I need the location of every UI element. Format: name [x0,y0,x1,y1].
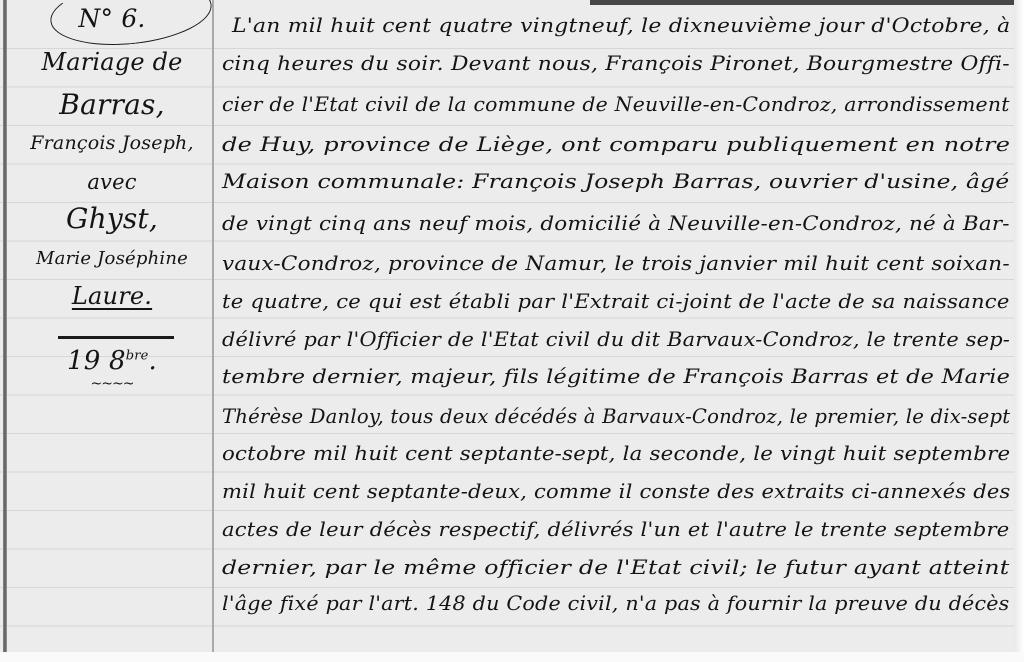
body-line: mil huit cent septante-deux, comme il co… [222,480,1011,503]
bride-third-name: Laure. [14,282,210,310]
body-line: dernier, par le même officier de l'Etat … [222,556,1009,579]
date-month: 8 [109,346,126,376]
margin-flourish: ~~~~ [14,376,210,392]
margin-avec: avec [14,170,210,194]
page-binding-edge [3,0,7,652]
entry-number: N° 6. [14,4,210,33]
body-line: de vingt cinq ans neuf mois, domicilié à… [222,212,1010,235]
body-line: délivré par l'Officier de l'Etat civil d… [222,328,1010,351]
bride-given-names: Marie Joséphine [14,248,210,269]
groom-given-names: François Joseph, [14,132,210,154]
margin-title: Mariage de [14,48,210,76]
date-period: . [149,346,157,376]
margin-rule-line [212,0,214,652]
margin-separator [58,336,174,339]
body-line: tembre dernier, majeur, fils légitime de… [222,365,1010,388]
page-right-edge [1014,0,1024,652]
groom-surname: Barras, [14,88,210,121]
bride-surname: Ghyst, [14,202,210,235]
body-line: l'âge fixé par l'art. 148 du Code civil,… [222,592,1009,615]
body-line: te quatre, ce qui est établi par l'Extra… [222,290,1010,313]
register-page: N° 6. Mariage de Barras, François Joseph… [0,0,1024,652]
body-line: octobre mil huit cent septante-sept, la … [222,442,1010,465]
body-line: actes de leur décès respectif, délivrés … [222,518,1009,541]
body-line: cinq heures du soir. Devant nous, Franço… [222,52,1010,75]
body-line: vaux-Condroz, province de Namur, le troi… [222,252,1010,275]
body-line: Thérèse Danloy, tous deux décédés à Barv… [222,405,1010,428]
body-line: de Huy, province de Liège, ont comparu p… [222,133,1010,156]
page-top-edge [590,0,1024,5]
date-month-suffix: bre [126,348,149,363]
scan-bottom-margin [0,652,1024,662]
margin-date: 19 8bre. [14,346,210,376]
body-line: Maison communale: François Joseph Barras… [222,170,1009,193]
body-line: L'an mil huit cent quatre vingtneuf, le … [232,14,1010,37]
body-line: cier de l'Etat civil de la commune de Ne… [222,93,1010,116]
date-day: 19 [67,346,100,376]
